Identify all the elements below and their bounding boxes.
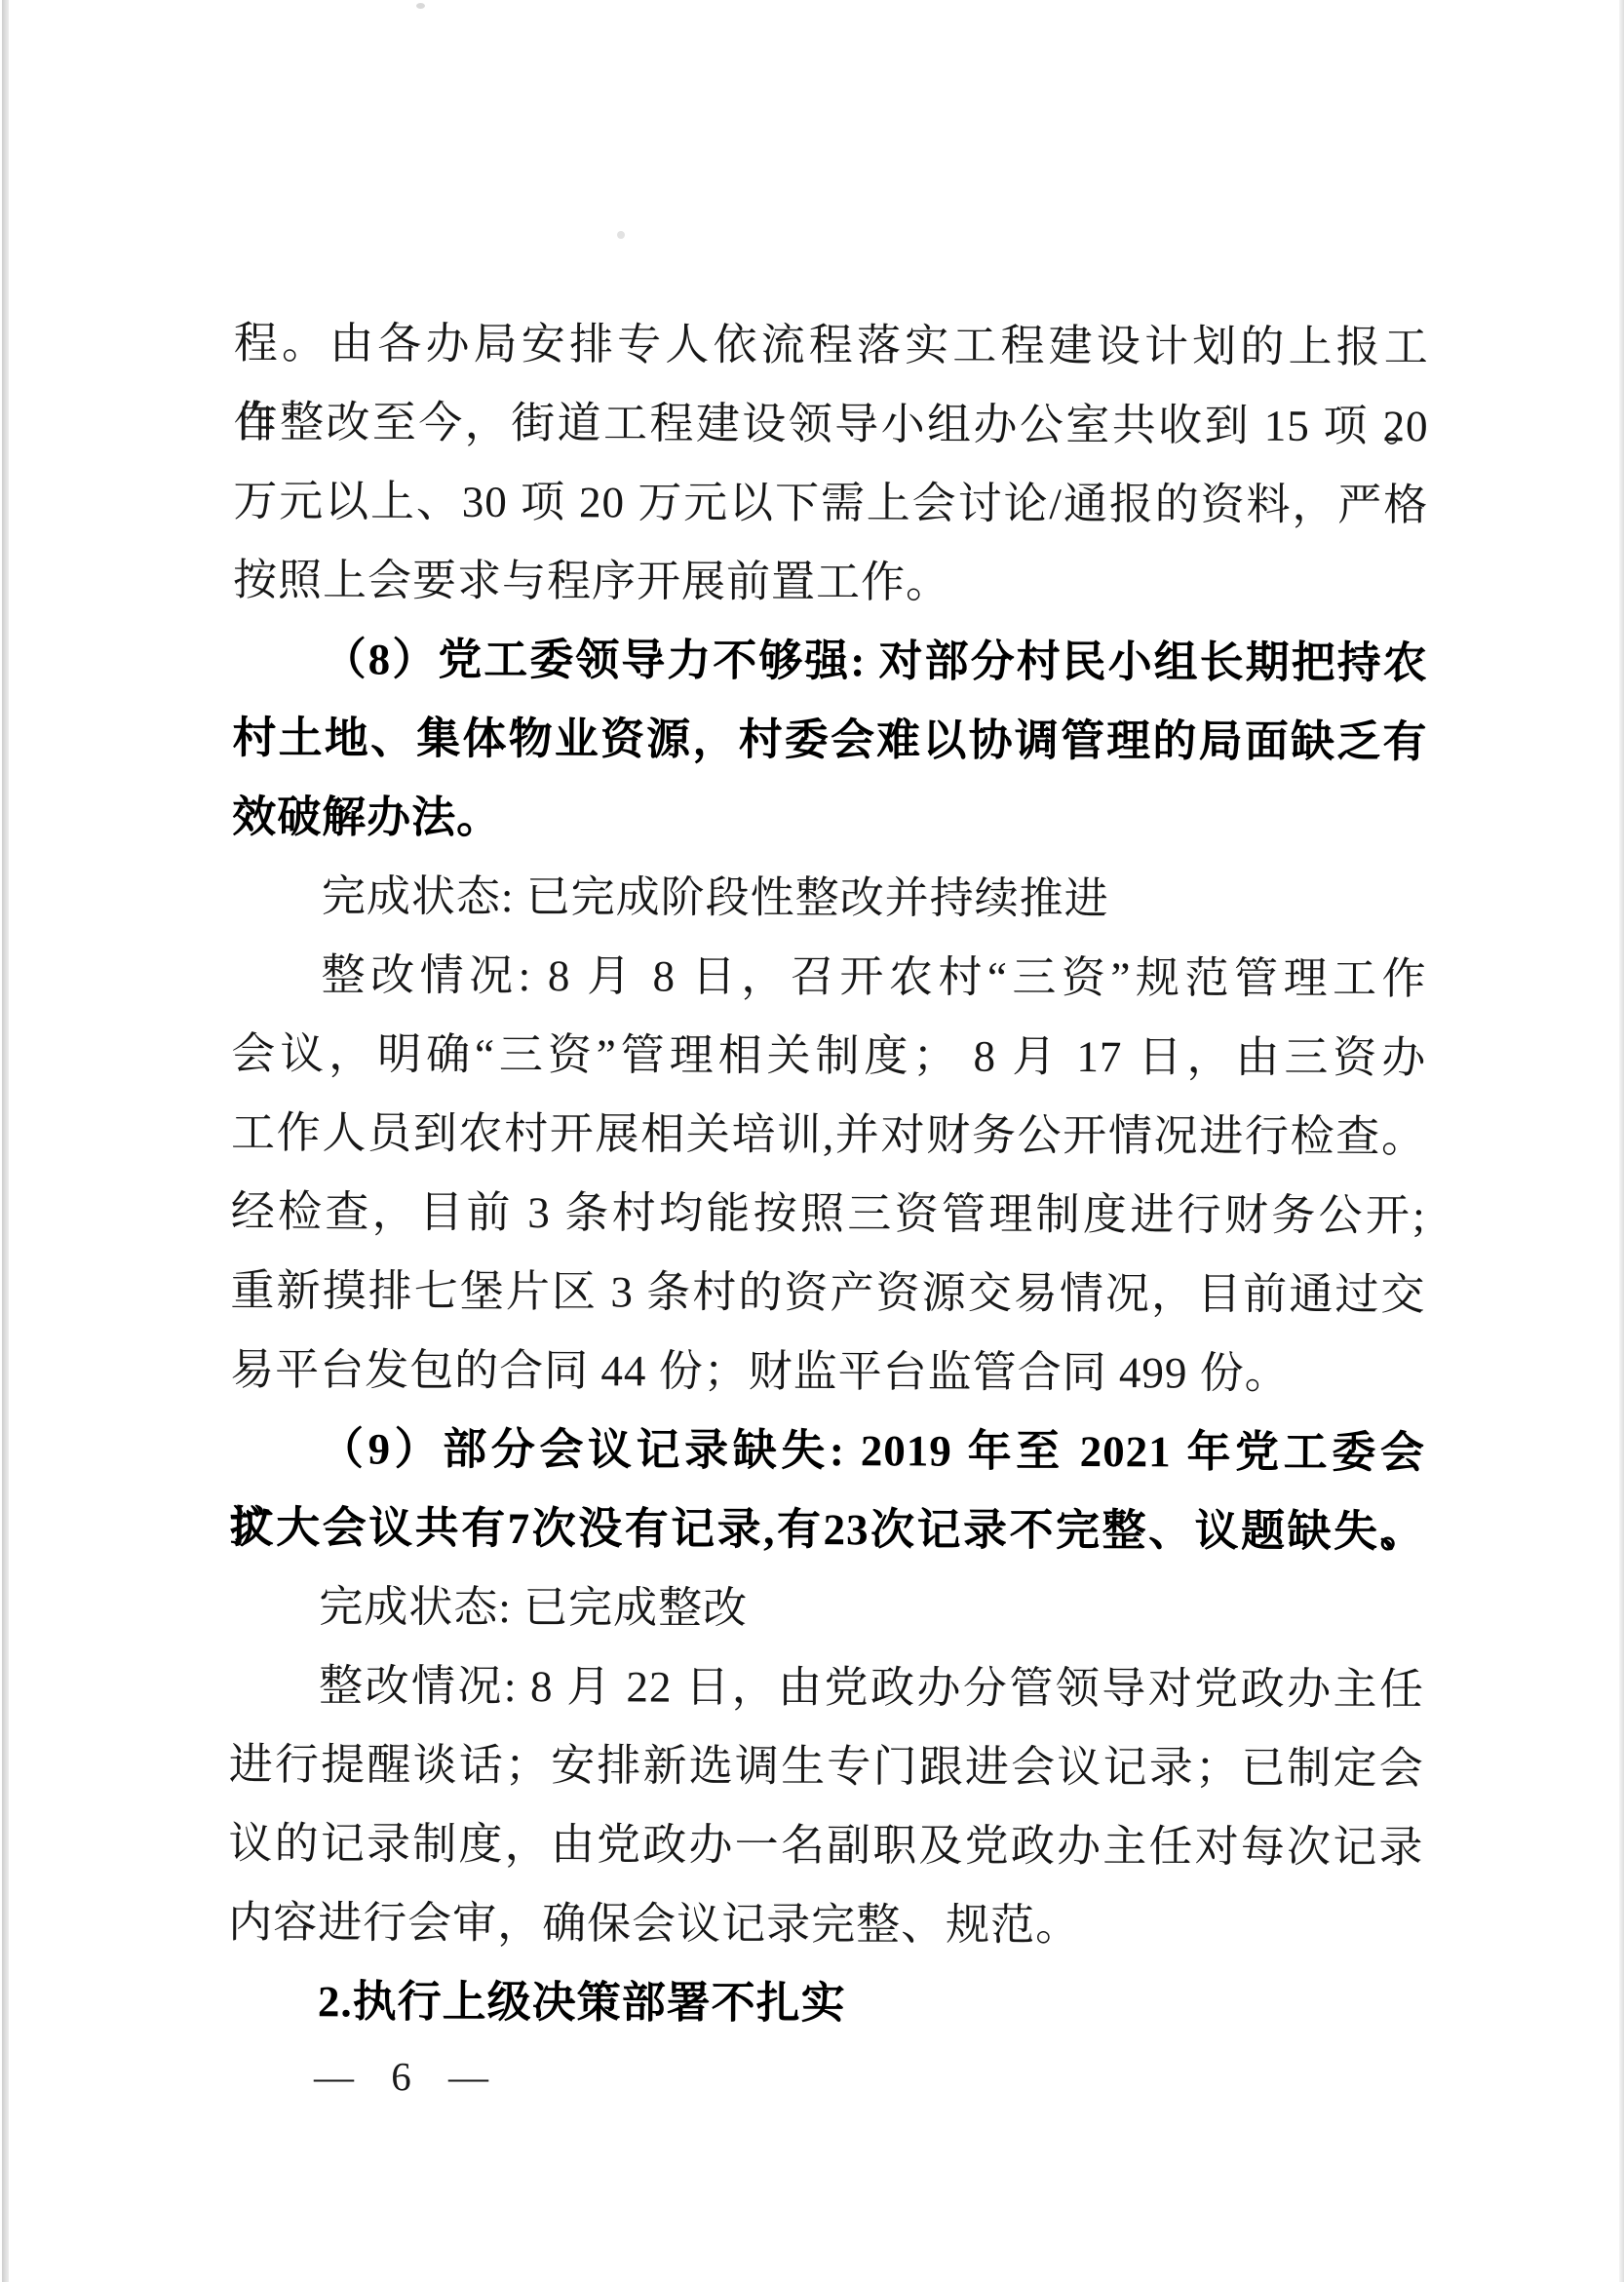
status-line: 完成状态: 已完成整改 [229,1567,1424,1650]
rectification-line: 会议，明确“三资”管理相关制度； 8 月 17 日，由三资办 [231,1015,1426,1098]
rectification-line: 进行提醒谈话；安排新选调生专门跟进会议记录；已制定会 [229,1725,1424,1808]
rectification-line: 整改情况: 8 月 8 日，召开农村“三资”规范管理工作 [231,936,1426,1019]
issue-8-heading: （8）党工委领导力不够强: 对部分村民小组长期把持农 [233,620,1428,703]
scan-speck [416,3,425,9]
text-line: 按照上会要求与程序开展前置工作。 [233,541,1428,624]
status-line: 完成状态: 已完成阶段性整改并持续推进 [232,857,1427,940]
rectification-line: 议的记录制度，由党政办一名副职及党政办主任对每次记录 [228,1804,1423,1887]
rectification-line: 重新摸排七堡片区 3 条村的资产资源交易情况，目前通过交 [230,1252,1425,1334]
rectification-line: 经检查，目前 3 条村均能按照三资管理制度进行财务公开; [231,1173,1426,1256]
issue-8-line: 村土地、集体物业资源，村委会难以协调管理的局面缺乏有 [232,699,1427,782]
scan-edge-right [1619,0,1624,2282]
rectification-line: 易平台发包的合同 44 份；财监平台监管合同 499 份。 [230,1331,1425,1413]
scan-speck [617,231,625,239]
rectification-line: 工作人员到农村开展相关培训,并对财务公开情况进行检查。 [231,1094,1426,1177]
section-2-heading: 2.执行上级决策部署不扎实 [228,1962,1423,2045]
text-line: 程。由各办局安排专人依流程落实工程建设计划的上报工作。 [234,304,1429,387]
text-line: 自整改至今，街道工程建设领导小组办公室共收到 15 项 20 [233,383,1428,466]
issue-9-line: 扩大会议共有7次没有记录,有23次记录不完整、议题缺失。 [229,1489,1424,1571]
text-line: 万元以上、30 项 20 万元以下需上会讨论/通报的资料，严格 [233,462,1428,545]
scan-edge-left [2,0,9,2282]
rectification-line: 内容进行会审，确保会议记录完整、规范。 [228,1883,1423,1966]
issue-9-heading: （9）部分会议记录缺失: 2019 年至 2021 年党工委会议、 [230,1410,1425,1492]
rectification-line: 整改情况: 8 月 22 日，由党政办分管领导对党政办主任 [229,1646,1424,1729]
document-body: 程。由各办局安排专人依流程落实工程建设计划的上报工作。 自整改至今，街道工程建设… [228,304,1429,2045]
scanned-document-page: 程。由各办局安排专人依流程落实工程建设计划的上报工作。 自整改至今，街道工程建设… [0,0,1624,2282]
issue-8-line: 效破解办法。 [232,778,1427,861]
page-number: — 6 — [314,2053,490,2100]
